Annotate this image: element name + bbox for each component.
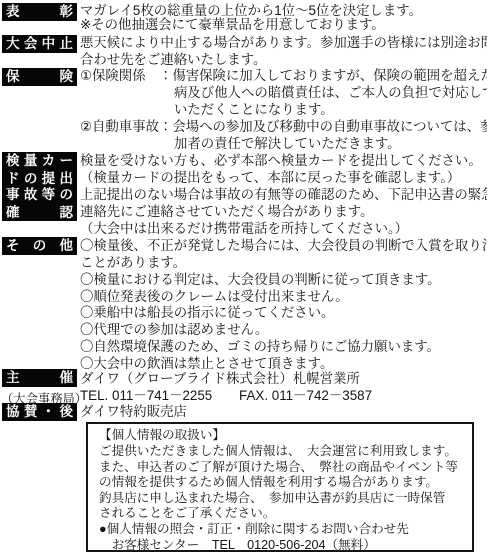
accident-check-line-1: 上記提出のない場合は事故の有無等の確認のため、下記申込書の緊急 [80, 187, 487, 203]
host-line-1: ダイワ（グローブライド株式会社）札幌営業所 [80, 371, 360, 387]
other-line-2: ことがあります。 [80, 255, 186, 271]
label-sponsor: 協賛・後援 [2, 403, 77, 421]
other-line-1: 〇検量後、不正が発覚した場合には、大会役員の判断で入賞を取り消す [80, 238, 487, 254]
sponsor-line-1: ダイワ特約販売店 [80, 404, 187, 420]
host-line-2-tel-fax: TEL. 011－741－2255 FAX. 011－742－3587 [80, 388, 372, 404]
privacy-line-4: の情報を提供するため個人情報を利用する場合があります。 [99, 475, 438, 490]
other-line-3: 〇検量における判定は、大会役員の判断に従って頂きます。 [80, 272, 440, 288]
label-insurance-text: 保 険 [6, 68, 73, 86]
other-line-7: 〇自然環境保護のため、ゴミの持ち帰りにご協力願います。 [80, 339, 440, 355]
cancel-line-2: 合わせ先をご連絡いたします。 [80, 52, 266, 68]
privacy-contact-phone: お客様センター TEL 0120-506-204（無料） [99, 538, 376, 553]
label-accident-check-line2: 確 認 [6, 204, 73, 222]
privacy-title: 【個人情報の取扱い】 [99, 428, 225, 443]
privacy-notice-box: 【個人情報の取扱い】 ご提供いただきました個人情報は、 大会運営に利用致します。… [86, 422, 474, 552]
accident-check-line-2: 連絡先にご連絡させていただく場合があります。 [80, 204, 374, 220]
insurance-line-2: 病及び他人への賠償責任は、ご本人の負担で対応して [174, 85, 487, 101]
other-line-8: 〇大会中の飲酒は禁止とさせて頂きます。 [80, 356, 333, 372]
label-accident-check: 事故等の 確 認 [2, 186, 77, 221]
document-page: 表 彰 大会中止 保 険 検量カー ドの提出 事故等の 確 認 そ の 他 主 … [0, 0, 487, 555]
insurance-line-3: いただくことになります。 [174, 102, 334, 118]
label-weigh-card-line2: ドの提出 [6, 170, 73, 188]
label-cancel-text: 大会中止 [6, 35, 73, 53]
privacy-line-3: また、申込者のご了解が頂けた場合、 弊社の商品やイベント等 [99, 460, 458, 475]
label-sponsor-text: 協賛・後援 [6, 403, 73, 421]
insurance-line-1: ①保険関係 ：傷害保険に加入しておりますが、保険の範囲を超えた傷 [80, 68, 487, 84]
insurance-line-4: ②自動車事故：会場への参加及び移動中の自動車事故については、参 [80, 119, 487, 135]
label-cancel: 大会中止 [2, 35, 77, 53]
label-accident-check-line1: 事故等の [6, 186, 73, 204]
privacy-contact-heading: ●個人情報の照会・訂正・削除に関するお問い合わせ先 [99, 522, 409, 537]
label-award-text: 表 彰 [6, 3, 73, 21]
other-line-5: 〇乗船中は船長の指示に従ってください。 [80, 305, 334, 321]
label-award: 表 彰 [2, 3, 77, 21]
other-line-6: 〇代理での参加は認めません。 [80, 322, 268, 338]
label-weigh-card-line1: 検量カー [6, 152, 73, 170]
insurance-line-5: 加者の責任で解決していただきます。 [174, 136, 401, 152]
label-other-text: そ の 他 [6, 237, 73, 255]
privacy-line-2: ご提供いただきました個人情報は、 大会運営に利用致します。 [99, 444, 457, 459]
privacy-line-6: されることをご了承ください。 [99, 506, 275, 521]
label-host-text: 主 催 [6, 369, 73, 387]
label-host: 主 催 [2, 369, 77, 387]
accident-check-line-3: （大会中は出来るだけ携帯電話を所持してください。） [80, 221, 408, 237]
award-line-2: ※その他抽選会にて豪華景品を用意しております。 [80, 17, 385, 33]
weigh-card-line-1: 検量を受けない方も、必ず本部へ検量カードを提出してください。 [80, 153, 482, 169]
cancel-line-1: 悪天候により中止する場合があります。参加選手の皆様には別途お問い [80, 35, 487, 51]
label-insurance: 保 険 [2, 68, 77, 86]
other-line-4: 〇順位発表後のクレームは受付出来ません。 [80, 289, 349, 305]
label-other: そ の 他 [2, 237, 77, 255]
label-weigh-card: 検量カー ドの提出 [2, 152, 77, 187]
weigh-card-line-2: （検量カードの提出をもって、本部に戻った事を確認します。） [80, 170, 460, 186]
privacy-line-5: 釣具店に申し込まれた場合、 参加申込書が釣具店に一時保管 [99, 491, 445, 506]
